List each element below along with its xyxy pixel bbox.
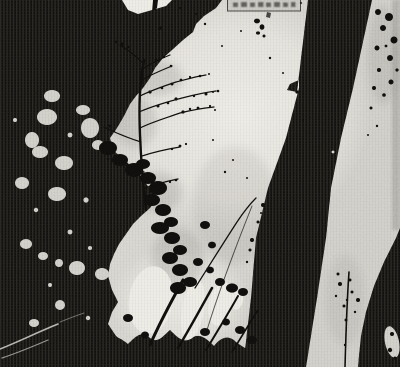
- photograph: [0, 0, 400, 367]
- print-texture-overlay: [0, 0, 400, 367]
